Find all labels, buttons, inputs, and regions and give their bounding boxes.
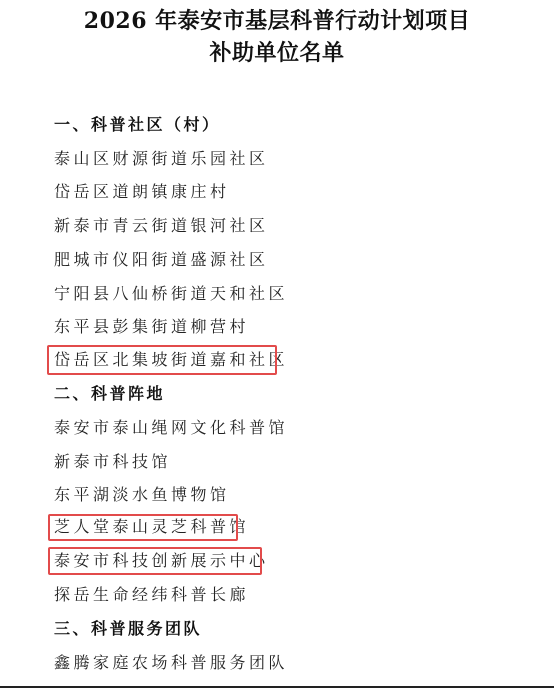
- section-heading: 一、科普社区（村）: [54, 114, 221, 136]
- section-heading: 三、科普服务团队: [54, 618, 202, 640]
- list-item: 东平县彭集街道柳营村: [54, 316, 249, 338]
- list-item-highlighted: 泰安市科技创新展示中心: [54, 550, 269, 572]
- list-item-highlighted: 岱岳区北集坡街道嘉和社区: [54, 349, 288, 371]
- list-item: 新泰市青云街道银河社区: [54, 215, 269, 237]
- list-item: 新泰市科技馆: [54, 451, 171, 473]
- section-heading: 二、科普阵地: [54, 383, 165, 405]
- list-item: 岱岳区道朗镇康庄村: [54, 181, 230, 203]
- list-item: 东平湖淡水鱼博物馆: [54, 484, 230, 506]
- document-title-line-1: 2026 年泰安市基层科普行动计划项目: [0, 6, 554, 36]
- list-item: 泰安市泰山绳网文化科普馆: [54, 417, 288, 439]
- list-item: 肥城市仪阳街道盛源社区: [54, 249, 269, 271]
- list-item: 泰山区财源街道乐园社区: [54, 148, 269, 170]
- list-item: 探岳生命经纬科普长廊: [54, 584, 249, 606]
- list-item-highlighted: 芝人堂泰山灵芝科普馆: [54, 516, 249, 538]
- list-item: 宁阳县八仙桥街道天和社区: [54, 283, 288, 305]
- list-item: 鑫腾家庭农场科普服务团队: [54, 652, 288, 674]
- document-title-line-2: 补助单位名单: [0, 38, 554, 68]
